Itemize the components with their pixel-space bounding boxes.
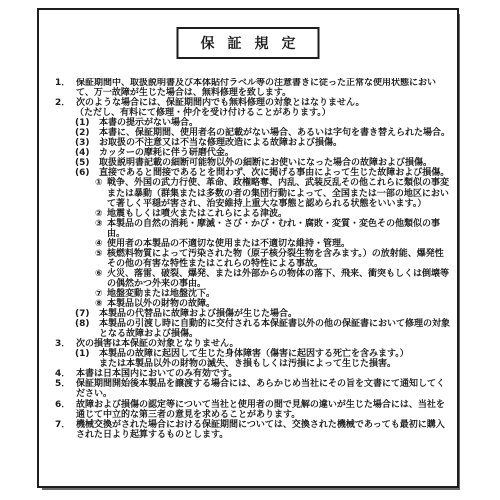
item-marker: (8) xyxy=(75,319,99,329)
item-text: 地震もしくは噴火またはこれらによる津波。 xyxy=(107,209,451,219)
terms-item: (4)カッターの摩耗に伴う研磨代金。 xyxy=(55,148,451,158)
item-marker: ⑥ xyxy=(95,269,107,279)
item-text: （ただし、有料にて修理・仲介を受け付けることがあります。） xyxy=(75,108,451,118)
item-marker: 3． xyxy=(55,339,76,349)
item-text: 直接であると間接であるとを問わず、次に掲げる事由によって生じた故障および損傷。 xyxy=(99,168,451,178)
item-marker: (6) xyxy=(75,168,99,178)
item-marker: 4． xyxy=(55,369,76,379)
terms-item: (2)本書に、保証期間、使用者名の記載がない場合、あるいは字句を書き替えられた場… xyxy=(55,128,451,138)
item-marker: (1) xyxy=(75,118,99,128)
terms-item: 6．故障および損傷の認定等について当社と使用者の間で見解の違いが生じた場合には、… xyxy=(55,400,451,420)
item-text: 本製品の引渡し時に自動的に交付される本保証書以外の他の保証書において修理の対象と… xyxy=(99,319,451,339)
terms-item: 2．次のような場合には、保証期間内でも無料修理の対象とはなりません。 xyxy=(55,98,451,108)
document-border-frame: 保証規定 1．保証期間中、取扱説明書及び本体貼付ラベル等の注意書きに従った正常な… xyxy=(37,8,459,488)
item-text: 取扱説明書記載の細断可能物以外の細断にお使いになった場合の故障および損傷。 xyxy=(99,158,451,168)
item-text: 本製品の自然の消耗・摩滅・さび・かび・むれ・腐敗・変質・変色その他類似の事由。 xyxy=(107,219,451,239)
item-marker: (4) xyxy=(75,148,99,158)
item-marker: 2． xyxy=(55,98,76,108)
terms-item: 5．保証期間開始後本製品を譲渡する場合には、あらかじめ当社にその旨を文書にて通知… xyxy=(55,379,451,399)
item-marker: (3) xyxy=(75,138,99,148)
item-text: 本書に、保証期間、使用者名の記載がない場合、あるいは字句を書き替えられた場合。 xyxy=(99,128,451,138)
terms-item: (1)本書の提示がない場合。 xyxy=(55,118,451,128)
item-text: 本製品以外の財物の故障。 xyxy=(107,299,451,309)
terms-item: ②地震もしくは噴火またはこれらによる津波。 xyxy=(55,209,451,219)
terms-item: （ただし、有料にて修理・仲介を受け付けることがあります。） xyxy=(55,108,451,118)
terms-item: ①戦争、外国の武力行使、革命、政権略奪、内乱、武装反乱その他これらに類似の事変ま… xyxy=(55,178,451,208)
terms-item: ⑦地盤変動または地盤沈下。 xyxy=(55,289,451,299)
item-marker: (7) xyxy=(75,309,99,319)
item-text: カッターの摩耗に伴う研磨代金。 xyxy=(99,148,451,158)
item-text: 次のような場合には、保証期間内でも無料修理の対象とはなりません。 xyxy=(76,98,451,108)
terms-item: (7)本製品の代替品に故障および損傷が生じた場合。 xyxy=(55,309,451,319)
item-marker: (1) xyxy=(75,349,99,359)
item-marker: ③ xyxy=(95,219,107,229)
item-marker: 1． xyxy=(55,78,76,88)
terms-item: (3)お取扱の不注意又は不当な修理改造による故障および損傷。 xyxy=(55,138,451,148)
item-marker: (5) xyxy=(75,158,99,168)
item-text: 本書は日本国内においてのみ有効です。 xyxy=(76,369,451,379)
item-marker: (2) xyxy=(75,128,99,138)
item-text: 本製品の代替品に故障および損傷が生じた場合。 xyxy=(99,309,451,319)
terms-item: (6)直接であると間接であるとを問わず、次に掲げる事由によって生じた故障および損… xyxy=(55,168,451,178)
item-text: 次の損害は本保証の対象となりません。 xyxy=(76,339,451,349)
terms-item: 3．次の損害は本保証の対象となりません。 xyxy=(55,339,451,349)
terms-item: 1．保証期間中、取扱説明書及び本体貼付ラベル等の注意書きに従った正常な使用状態に… xyxy=(55,78,451,98)
item-text: 火災、落雷、破裂、爆発、または外部からの物体の落下、飛来、衝突もしくは倒壊等の偶… xyxy=(107,269,451,289)
item-marker: ① xyxy=(95,178,107,188)
item-marker: 7． xyxy=(55,420,76,430)
item-text: 故障および損傷の認定等について当社と使用者の間で見解の違いが生じた場合には、当社… xyxy=(76,400,451,420)
item-text: 地盤変動または地盤沈下。 xyxy=(107,289,451,299)
item-text: 使用者の本製品の不適切な使用または不適切な維持・管理。 xyxy=(107,239,451,249)
item-marker: ⑦ xyxy=(95,289,107,299)
terms-item: ④使用者の本製品の不適切な使用または不適切な維持・管理。 xyxy=(55,239,451,249)
terms-item: ⑧本製品以外の財物の故障。 xyxy=(55,299,451,309)
item-marker: ⑧ xyxy=(95,299,107,309)
terms-item: 4．本書は日本国内においてのみ有効です。 xyxy=(55,369,451,379)
terms-item: 7．機械交換がされた場合における保証期間については、交換された機械であっても最初… xyxy=(55,420,451,440)
terms-item: (5)取扱説明書記載の細断可能物以外の細断にお使いになった場合の故障および損傷。 xyxy=(55,158,451,168)
item-marker: ② xyxy=(95,209,107,219)
item-text: 保証期間中、取扱説明書及び本体貼付ラベル等の注意書きに従った正常な使用状態におい… xyxy=(76,78,451,98)
item-marker: ⑤ xyxy=(95,249,107,259)
item-text: 機械交換がされた場合における保証期間については、交換された機械であっても最初に購… xyxy=(76,420,451,440)
item-marker: 5． xyxy=(55,379,76,389)
page-title: 保証規定 xyxy=(201,36,309,52)
document-page: 保証規定 1．保証期間中、取扱説明書及び本体貼付ラベル等の注意書きに従った正常な… xyxy=(0,0,500,500)
terms-item: (1)本製品の故障に起因して生じた身体障害（傷害に起因する死亡を含みます。） ま… xyxy=(55,349,451,369)
item-text: 核燃料物質によって汚染された物（原子核分裂生物を含みます。）の放射能、爆発性その… xyxy=(107,249,451,269)
title-box: 保証規定 xyxy=(177,27,320,59)
item-marker: ④ xyxy=(95,239,107,249)
terms-item: (8)本製品の引渡し時に自動的に交付される本保証書以外の他の保証書において修理の… xyxy=(55,319,451,339)
item-text: 本製品の故障に起因して生じた身体障害（傷害に起因する死亡を含みます。） または本… xyxy=(99,349,451,369)
item-text: 本書の提示がない場合。 xyxy=(99,118,451,128)
item-marker: 6． xyxy=(55,400,76,410)
terms-item: ⑥火災、落雷、破裂、爆発、または外部からの物体の落下、飛来、衝突もしくは倒壊等の… xyxy=(55,269,451,289)
item-text: 戦争、外国の武力行使、革命、政権略奪、内乱、武装反乱その他これらに類似の事変また… xyxy=(107,178,451,208)
item-text: お取扱の不注意又は不当な修理改造による故障および損傷。 xyxy=(99,138,451,148)
terms-item: ③本製品の自然の消耗・摩滅・さび・かび・むれ・腐敗・変質・変色その他類似の事由。 xyxy=(55,219,451,239)
item-text: 保証期間開始後本製品を譲渡する場合には、あらかじめ当社にその旨を文書にて通知して… xyxy=(76,379,451,399)
terms-item: ⑤核燃料物質によって汚染された物（原子核分裂生物を含みます。）の放射能、爆発性そ… xyxy=(55,249,451,269)
warranty-terms-list: 1．保証期間中、取扱説明書及び本体貼付ラベル等の注意書きに従った正常な使用状態に… xyxy=(55,78,451,482)
